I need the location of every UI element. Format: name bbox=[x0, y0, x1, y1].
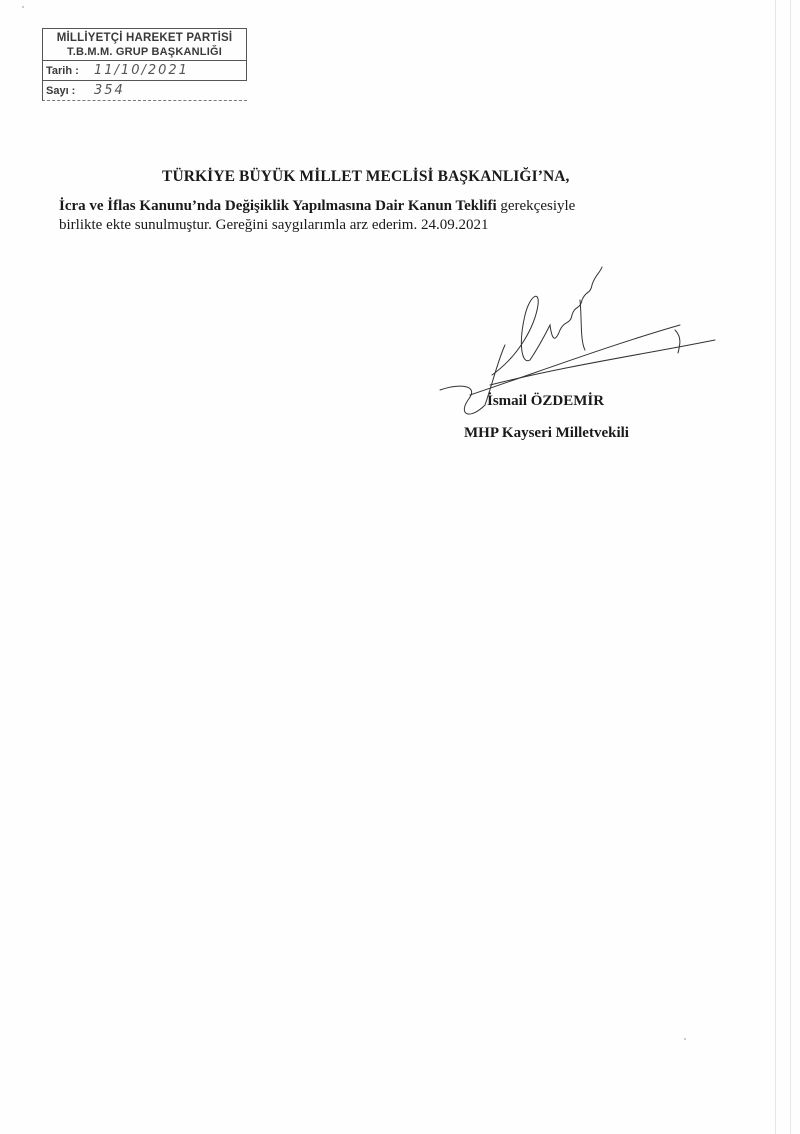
stamp-number-label: Sayı : bbox=[43, 85, 94, 97]
stamp-office-name: T.B.M.M. GRUP BAŞKANLIĞI bbox=[47, 45, 242, 59]
body-line-2: birlikte ekte sunulmuştur. Gereğini sayg… bbox=[59, 216, 699, 235]
signatory-name: İsmail ÖZDEMİR bbox=[487, 393, 604, 410]
stamp-date-label: Tarih : bbox=[43, 65, 94, 77]
stamp-header: MİLLİYETÇİ HAREKET PARTİSİ T.B.M.M. GRUP… bbox=[42, 28, 247, 60]
party-stamp: MİLLİYETÇİ HAREKET PARTİSİ T.B.M.M. GRUP… bbox=[42, 28, 247, 101]
stamp-date-row: Tarih : 11/10/2021 bbox=[42, 60, 247, 81]
body-line-1-rest: gerekçesiyle bbox=[497, 198, 576, 214]
scan-edge-line bbox=[775, 0, 776, 1134]
scan-speck bbox=[22, 6, 24, 8]
scan-edge-line bbox=[790, 0, 791, 1134]
stamp-number-row: Sayı : 354 bbox=[42, 81, 247, 101]
stamp-number-value: 354 bbox=[94, 83, 125, 98]
addressee-heading: TÜRKİYE BÜYÜK MİLLET MECLİSİ BAŞKANLIĞI’… bbox=[162, 168, 570, 186]
letter-body: İcra ve İflas Kanunu’nda Değişiklik Yapı… bbox=[59, 197, 699, 235]
stamp-date-value: 11/10/2021 bbox=[94, 63, 189, 78]
bill-title: İcra ve İflas Kanunu’nda Değişiklik Yapı… bbox=[59, 198, 497, 214]
signatory-title: MHP Kayseri Milletvekili bbox=[464, 425, 629, 442]
scan-speck bbox=[684, 1038, 686, 1040]
stamp-party-name: MİLLİYETÇİ HAREKET PARTİSİ bbox=[47, 31, 242, 45]
document-page: MİLLİYETÇİ HAREKET PARTİSİ T.B.M.M. GRUP… bbox=[0, 0, 800, 1134]
body-line-1: İcra ve İflas Kanunu’nda Değişiklik Yapı… bbox=[59, 197, 699, 216]
